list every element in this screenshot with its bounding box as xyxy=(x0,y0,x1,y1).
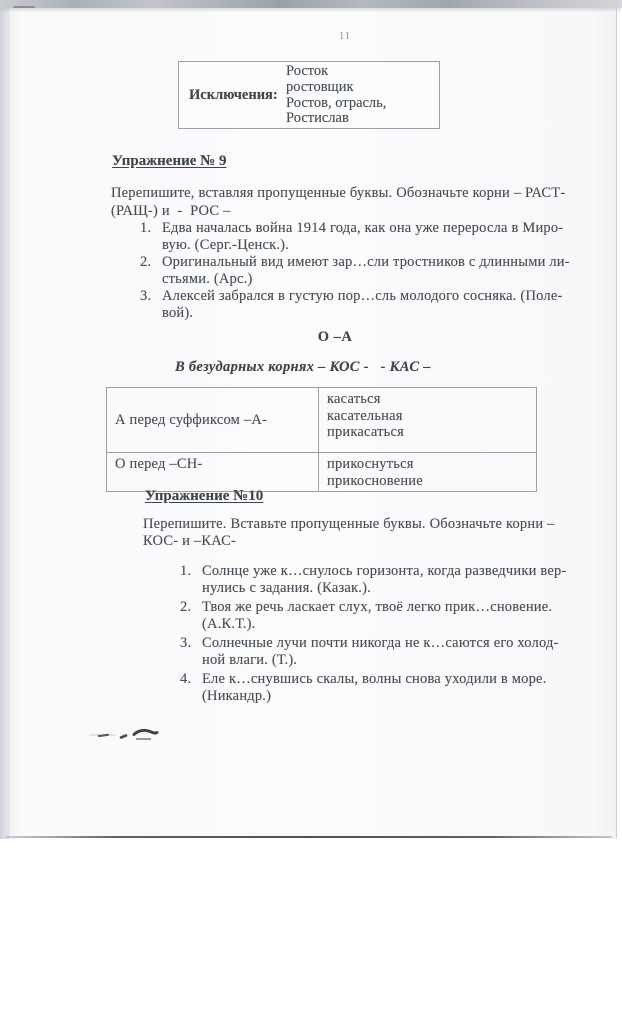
paper-sheet: 11 Исключения: Росток ростовщик Ростов, … xyxy=(10,0,617,839)
examples-cell: касаться касательная прикасаться xyxy=(319,388,537,453)
scan-artifact-dash xyxy=(13,6,35,8)
item-text: Алексей забрался в густую пор…сль молодо… xyxy=(162,288,562,322)
scanner-margin-strip xyxy=(0,0,10,839)
item-text: Оригинальный вид имеют зар…сли тростнико… xyxy=(162,254,570,288)
exceptions-words: Росток ростовщик Ростов, отрасль, Ростис… xyxy=(286,62,439,128)
exercise9-instruction: Перепишите, вставляя пропущенные буквы. … xyxy=(111,184,565,220)
list-item: 3. Солнечные лучи почти никогда не к…саю… xyxy=(180,635,566,669)
item-number: 1. xyxy=(180,563,202,597)
item-number: 2. xyxy=(180,599,202,633)
scanned-page: 11 Исключения: Росток ростовщик Ростов, … xyxy=(0,0,622,1024)
item-number: 3. xyxy=(140,288,162,322)
scan-top-band xyxy=(0,0,622,8)
examples-cell: прикоснуться прикосновение xyxy=(319,453,537,492)
item-number: 3. xyxy=(180,635,202,669)
ink-smudge-mark xyxy=(88,722,168,746)
item-text: Солнце уже к…снулось горизонта, когда ра… xyxy=(202,563,566,597)
section-subheading: В безударных корнях – КОС - - КАС – xyxy=(175,359,431,376)
item-text: Твоя же речь ласкает слух, твоё легко пр… xyxy=(202,599,552,633)
exceptions-label: Исключения: xyxy=(179,87,286,104)
exceptions-table: Исключения: Росток ростовщик Ростов, отр… xyxy=(178,61,440,129)
rule-cell: А перед суффиксом –А- xyxy=(107,388,319,453)
item-text: Едва началась война 1914 года, как она у… xyxy=(162,220,563,254)
item-number: 2. xyxy=(140,254,162,288)
item-number: 1. xyxy=(140,220,162,254)
exercise10-list: 1. Солнце уже к…снулось горизонта, когда… xyxy=(180,563,566,707)
list-item: 2. Оригинальный вид имеют зар…сли тростн… xyxy=(140,254,570,288)
list-item: 2. Твоя же речь ласкает слух, твоё легко… xyxy=(180,599,566,633)
rule-cell: О перед –СН- xyxy=(107,453,319,492)
item-number: 4. xyxy=(180,671,202,705)
page-right-edge xyxy=(616,0,617,838)
section-heading: О –А xyxy=(100,329,570,346)
exercise9-title: Упражнение № 9 xyxy=(112,153,226,170)
page-number: 11 xyxy=(328,31,362,42)
item-text: Солнечные лучи почти никогда не к…саются… xyxy=(202,635,559,669)
rule-table: А перед суффиксом –А- касаться касательн… xyxy=(106,387,537,492)
list-item: 1. Солнце уже к…снулось горизонта, когда… xyxy=(180,563,566,597)
page-bottom-edge xyxy=(6,836,612,838)
exercise10-instruction: Перепишите. Вставьте пропущенные буквы. … xyxy=(143,516,555,550)
list-item: 3. Алексей забрался в густую пор…сль мол… xyxy=(140,288,570,322)
table-row: О перед –СН- прикоснуться прикосновение xyxy=(107,453,537,492)
exercise9-list: 1. Едва началась война 1914 года, как он… xyxy=(140,220,570,322)
item-text: Еле к…снувшись скалы, волны снова уходил… xyxy=(202,671,547,705)
list-item: 1. Едва началась война 1914 года, как он… xyxy=(140,220,570,254)
table-row: А перед суффиксом –А- касаться касательн… xyxy=(107,388,537,453)
exercise10-title: Упражнение №10 xyxy=(145,488,263,505)
list-item: 4. Еле к…снувшись скалы, волны снова ухо… xyxy=(180,671,566,705)
